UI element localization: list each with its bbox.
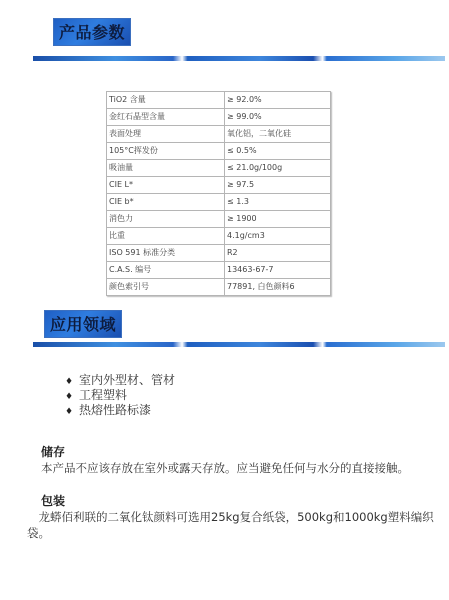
param-name: TiO2 含量 — [107, 92, 225, 109]
table-row: 金红石晶型含量≥ 99.0% — [107, 109, 331, 126]
params-table: TiO2 含量≥ 92.0% 金红石晶型含量≥ 99.0% 表面处理氧化铝，二氧… — [106, 91, 331, 296]
param-value: ≤ 21.0g/100g — [225, 160, 331, 177]
section-title-applications: 应用领域 — [44, 310, 122, 338]
list-item: ♦室内外型材、管材 — [65, 373, 175, 388]
table-row: 105°C挥发份≤ 0.5% — [107, 143, 331, 160]
table-row: 比重4.1g/cm3 — [107, 228, 331, 245]
param-name: 吸油量 — [107, 160, 225, 177]
application-label: 室内外型材、管材 — [79, 373, 175, 387]
param-name: 颜色索引号 — [107, 279, 225, 296]
param-name: CIE b* — [107, 194, 225, 211]
table-row: C.A.S. 编号13463-67-7 — [107, 262, 331, 279]
param-value: ≤ 0.5% — [225, 143, 331, 160]
param-value: ≤ 1.3 — [225, 194, 331, 211]
param-name: 消色力 — [107, 211, 225, 228]
param-value: ≥ 1900 — [225, 211, 331, 228]
section-title-params: 产品参数 — [53, 18, 131, 46]
applications-list: ♦室内外型材、管材 ♦工程塑料 ♦热熔性路标漆 — [65, 373, 175, 418]
table-row: 消色力≥ 1900 — [107, 211, 331, 228]
param-value: ≥ 92.0% — [225, 92, 331, 109]
param-name: ISO 591 标准分类 — [107, 245, 225, 262]
table-row: CIE b*≤ 1.3 — [107, 194, 331, 211]
table-row: ISO 591 标准分类R2 — [107, 245, 331, 262]
storage-heading: 储存 — [41, 443, 65, 460]
table-row: TiO2 含量≥ 92.0% — [107, 92, 331, 109]
storage-text: 本产品不应该存放在室外或露天存放。应当避免任何与水分的直接接触。 — [41, 460, 441, 476]
param-name: 105°C挥发份 — [107, 143, 225, 160]
param-value: 77891, 白色颜料6 — [225, 279, 331, 296]
application-label: 工程塑料 — [79, 388, 127, 402]
param-name: 表面处理 — [107, 126, 225, 143]
application-label: 热熔性路标漆 — [79, 403, 151, 417]
table-row: 表面处理氧化铝，二氧化硅 — [107, 126, 331, 143]
list-item: ♦工程塑料 — [65, 388, 175, 403]
param-value: 4.1g/cm3 — [225, 228, 331, 245]
section-divider-params — [33, 56, 445, 61]
param-name: 比重 — [107, 228, 225, 245]
list-item: ♦热熔性路标漆 — [65, 403, 175, 418]
param-name: C.A.S. 编号 — [107, 262, 225, 279]
param-value: ≥ 97.5 — [225, 177, 331, 194]
table-row: CIE L*≥ 97.5 — [107, 177, 331, 194]
table-row: 吸油量≤ 21.0g/100g — [107, 160, 331, 177]
param-name: 金红石晶型含量 — [107, 109, 225, 126]
param-name: CIE L* — [107, 177, 225, 194]
param-value: ≥ 99.0% — [225, 109, 331, 126]
param-value: 13463-67-7 — [225, 262, 331, 279]
param-value: R2 — [225, 245, 331, 262]
param-value: 氧化铝，二氧化硅 — [225, 126, 331, 143]
packaging-text: 龙蟒佰利联的二氧化钛颜料可选用25kg复合纸袋，500kg和1000kg塑料编织… — [27, 509, 437, 541]
table-row: 颜色索引号77891, 白色颜料6 — [107, 279, 331, 296]
packaging-heading: 包装 — [41, 492, 65, 509]
section-divider-applications — [33, 342, 445, 347]
diamond-bullet-icon: ♦ — [65, 405, 79, 420]
